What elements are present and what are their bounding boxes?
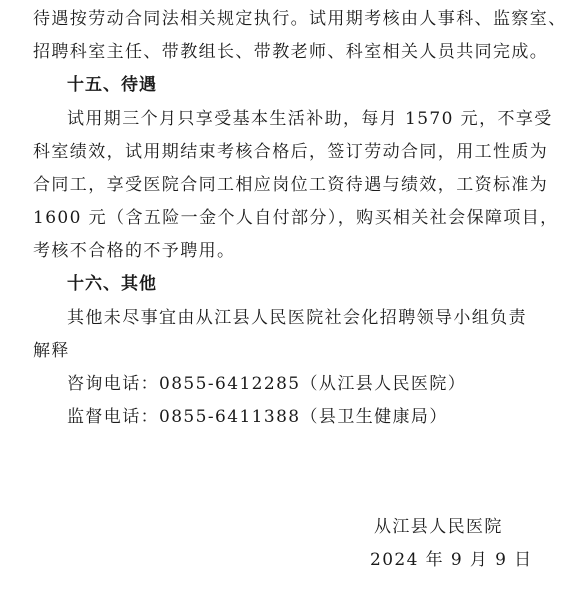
section-heading-benefits: 十五、待遇 — [67, 74, 157, 96]
body-text-line: 1600 元（含五险一金个人自付部分），购买相关社会保障项目， — [33, 207, 559, 229]
signature-organization: 从江县人民医院 — [374, 516, 503, 538]
body-text-line: 科室绩效，试用期结束考核合格后，签订劳动合同，用工性质为 — [33, 141, 548, 163]
signature-date: 2024 年 9 月 9 日 — [370, 549, 533, 571]
body-text-line: 其他未尽事宜由从江县人民医院社会化招聘领导小组负责 — [67, 307, 527, 329]
body-text-line: 解释 — [33, 340, 70, 362]
body-text-line: 试用期三个月只享受基本生活补助，每月 1570 元，不享受 — [67, 108, 553, 130]
body-text-line: 考核不合格的不予聘用。 — [33, 240, 235, 262]
section-heading-other: 十六、其他 — [67, 273, 157, 295]
body-text-line: 待遇按劳动合同法相关规定执行。试用期考核由人事科、监察室、 — [33, 8, 567, 30]
supervise-phone: 监督电话：0855-6411388（县卫生健康局） — [67, 406, 448, 428]
body-text-line: 招聘科室主任、带教组长、带教老师、科室相关人员共同完成。 — [33, 41, 548, 63]
body-text-line: 合同工，享受医院合同工相应岗位工资待遇与绩效，工资标准为 — [33, 174, 548, 196]
document-page: 待遇按劳动合同法相关规定执行。试用期考核由人事科、监察室、 招聘科室主任、带教组… — [0, 0, 575, 598]
consult-phone: 咨询电话：0855-6412285（从江县人民医院） — [67, 373, 466, 395]
